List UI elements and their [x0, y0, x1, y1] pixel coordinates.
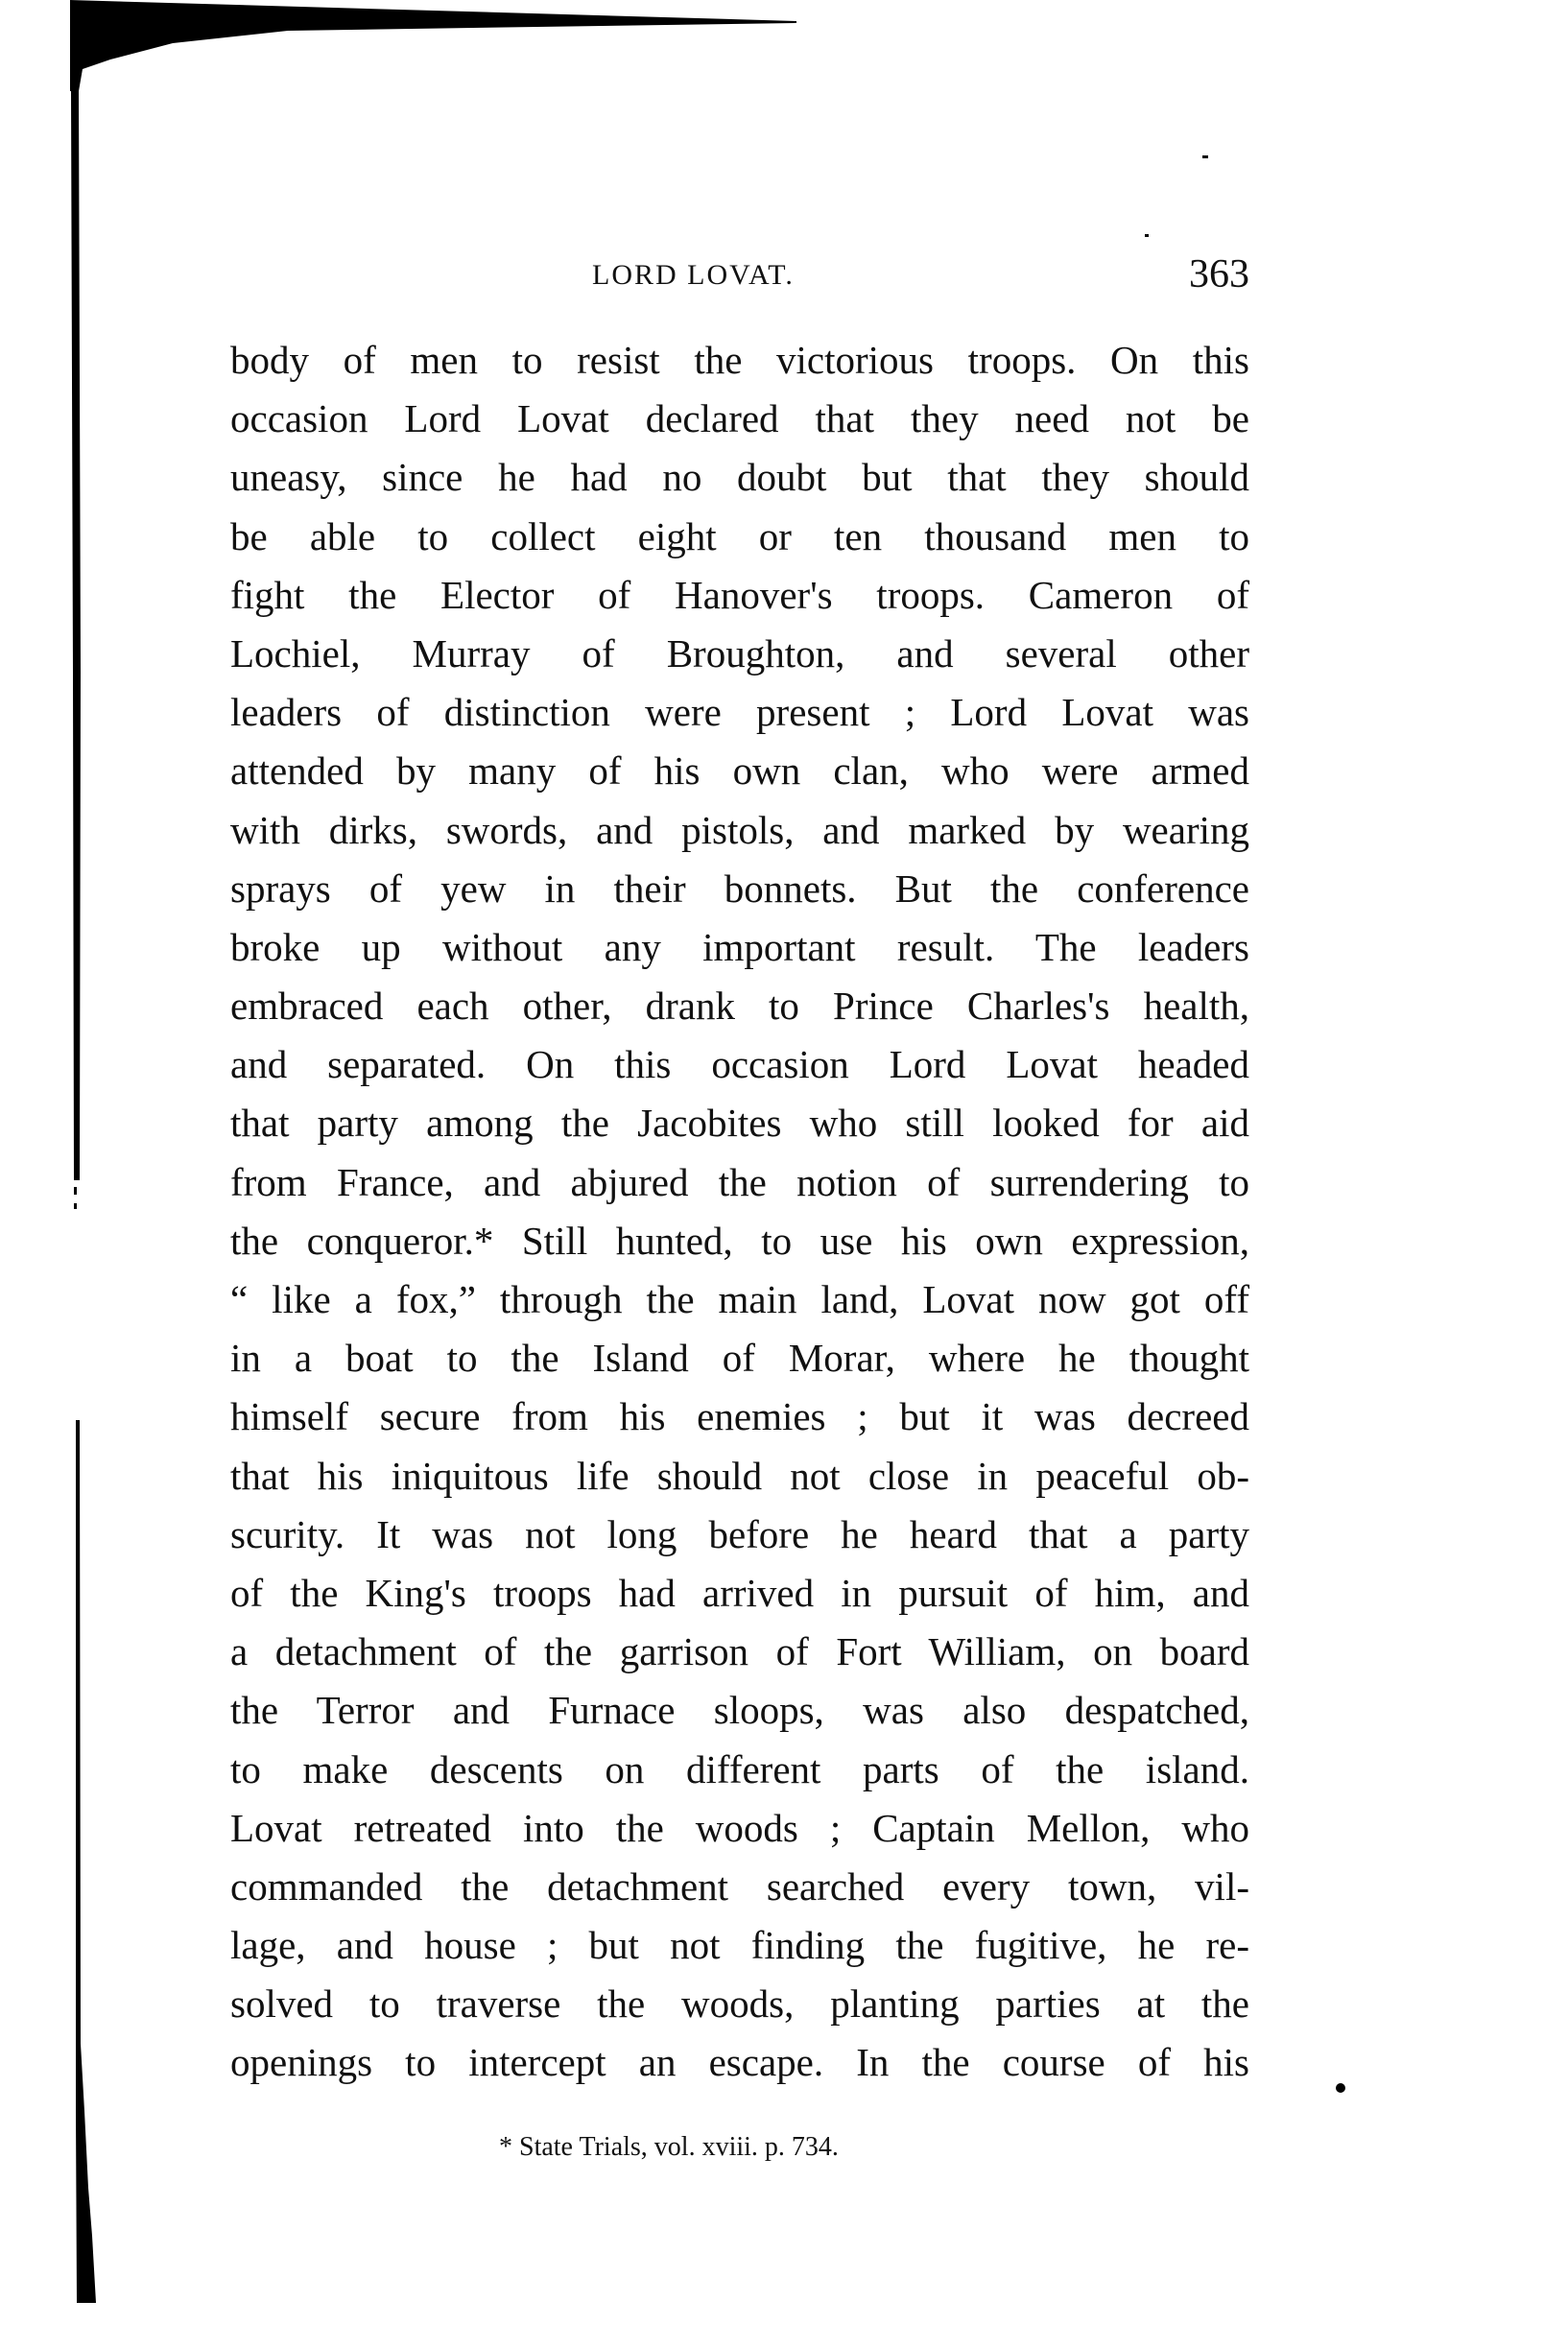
text-line: with dirks, swords, and pistols, and mar…	[230, 801, 1249, 860]
ink-speck	[1202, 155, 1208, 158]
left-page-edge-lower	[76, 1420, 96, 2303]
text-line: from France, and abjured the notion of s…	[230, 1153, 1249, 1212]
text-line: be able to collect eight or ten thousand…	[230, 508, 1249, 566]
text-line: scurity. It was not long before he heard…	[230, 1506, 1249, 1564]
page-header: LORD LOVAT. 363	[230, 248, 1249, 296]
text-line: attended by many of his own clan, who we…	[230, 742, 1249, 800]
left-edge-dash	[74, 1187, 77, 1195]
text-line: commanded the detachment searched every …	[230, 1858, 1249, 1916]
ink-speck	[1336, 2083, 1345, 2093]
running-head: LORD LOVAT.	[592, 259, 795, 292]
body-text: body of men to resist the victorious tro…	[230, 331, 1249, 2093]
text-line: leaders of distinction were present ; Lo…	[230, 683, 1249, 742]
text-line: Lovat retreated into the woods ; Captain…	[230, 1799, 1249, 1858]
text-line: a detachment of the garrison of Fort Wil…	[230, 1623, 1249, 1681]
text-line: body of men to resist the victorious tro…	[230, 331, 1249, 390]
text-line: that party among the Jacobites who still…	[230, 1094, 1249, 1152]
text-line: sprays of yew in their bonnets. But the …	[230, 860, 1249, 918]
text-line: Lochiel, Murray of Broughton, and severa…	[230, 625, 1249, 683]
text-line: uneasy, since he had no doubt but that t…	[230, 448, 1249, 507]
top-binding-shadow	[70, 0, 796, 91]
left-page-edge-upper	[71, 86, 81, 1180]
ink-speck	[1145, 234, 1149, 237]
text-line: solved to traverse the woods, planting p…	[230, 1975, 1249, 2033]
left-edge-dash	[74, 1203, 77, 1209]
text-line: embraced each other, drank to Prince Cha…	[230, 977, 1249, 1035]
footnote: * State Trials, vol. xviii. p. 734.	[499, 2132, 839, 2163]
text-line: the Terror and Furnace sloops, was also …	[230, 1681, 1249, 1740]
text-line: of the King's troops had arrived in purs…	[230, 1564, 1249, 1623]
text-line: the conqueror.* Still hunted, to use his…	[230, 1212, 1249, 1270]
text-line: occasion Lord Lovat declared that they n…	[230, 390, 1249, 448]
page-number: 363	[1189, 251, 1249, 297]
text-line: openings to intercept an escape. In the …	[230, 2033, 1249, 2092]
text-line: broke up without any important result. T…	[230, 918, 1249, 977]
text-line: himself secure from his enemies ; but it…	[230, 1387, 1249, 1446]
text-line: that his iniquitous life should not clos…	[230, 1447, 1249, 1506]
text-line: lage, and house ; but not finding the fu…	[230, 1916, 1249, 1975]
text-line: and separated. On this occasion Lord Lov…	[230, 1035, 1249, 1094]
text-line: in a boat to the Island of Morar, where …	[230, 1329, 1249, 1387]
text-line: “ like a fox,” through the main land, Lo…	[230, 1270, 1249, 1329]
text-line: to make descents on different parts of t…	[230, 1741, 1249, 1799]
text-line: fight the Elector of Hanover's troops. C…	[230, 566, 1249, 625]
